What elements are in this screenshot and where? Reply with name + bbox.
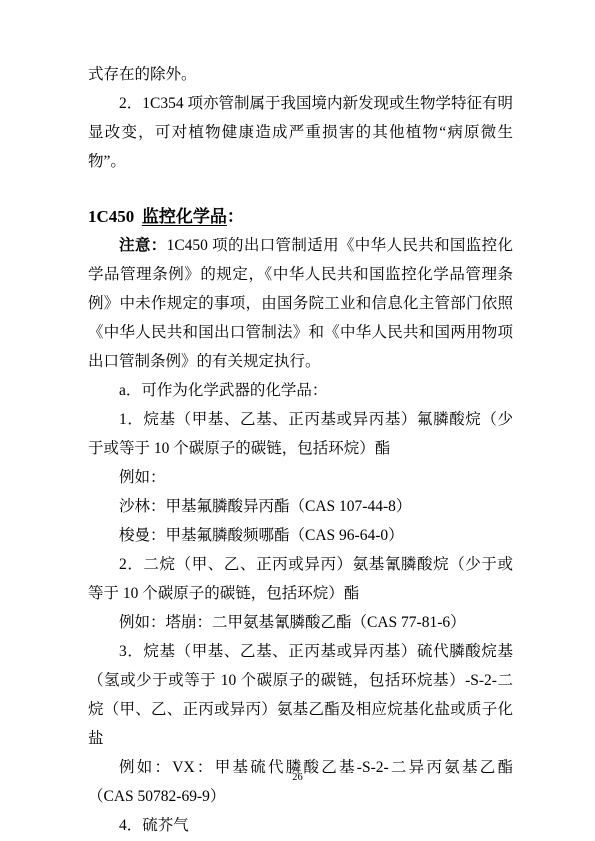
note-label: 注意： [119, 237, 167, 254]
section-heading-1c450: 1C450监控化学品： [88, 202, 513, 231]
heading-title: 监控化学品 [142, 207, 227, 226]
paragraph-example-soman: 梭曼：甲基氟膦酸频哪酯（CAS 96-64-0） [88, 521, 513, 550]
heading-code: 1C450 [88, 207, 134, 226]
document-page: 式存在的除外。 2．1C354 项亦管制属于我国境内新发现或生物学特征有明显改变… [0, 0, 595, 841]
paragraph-example-label: 例如： [88, 463, 513, 492]
note-text: 1C450 项的出口管制适用《中华人民共和国监控化学品管理条例》的规定，《中华人… [88, 237, 513, 370]
paragraph-example-sarin: 沙林：甲基氟膦酸异丙酯（CAS 107-44-8） [88, 492, 513, 521]
page-number: 26 [0, 771, 595, 785]
paragraph-example-tabun: 例如：塔崩：二甲氨基氰膦酸乙酯（CAS 77-81-6） [88, 608, 513, 637]
paragraph-1c354-note: 2．1C354 项亦管制属于我国境内新发现或生物学特征有明显改变，可对植物健康造… [88, 89, 513, 176]
paragraph-item-2: 2．二烷（甲、乙、正丙或异丙）氨基氰膦酸烷（少于或等于 10 个碳原子的碳链，包… [88, 550, 513, 608]
heading-colon: ： [227, 207, 244, 226]
paragraph-item-4: 4．硫芥气 [88, 811, 513, 840]
paragraph-note: 注意：1C450 项的出口管制适用《中华人民共和国监控化学品管理条例》的规定，《… [88, 231, 513, 376]
paragraph-item-1: 1．烷基（甲基、乙基、正丙基或异丙基）氟膦酸烷（少于或等于 10 个碳原子的碳链… [88, 405, 513, 463]
paragraph-item-3: 3．烷基（甲基、乙基、正丙基或异丙基）硫代膦酸烷基（氢或少于或等于 10 个碳原… [88, 637, 513, 753]
paragraph-continuation: 式存在的除外。 [88, 60, 513, 89]
paragraph-section-a: a．可作为化学武器的化学品： [88, 376, 513, 405]
